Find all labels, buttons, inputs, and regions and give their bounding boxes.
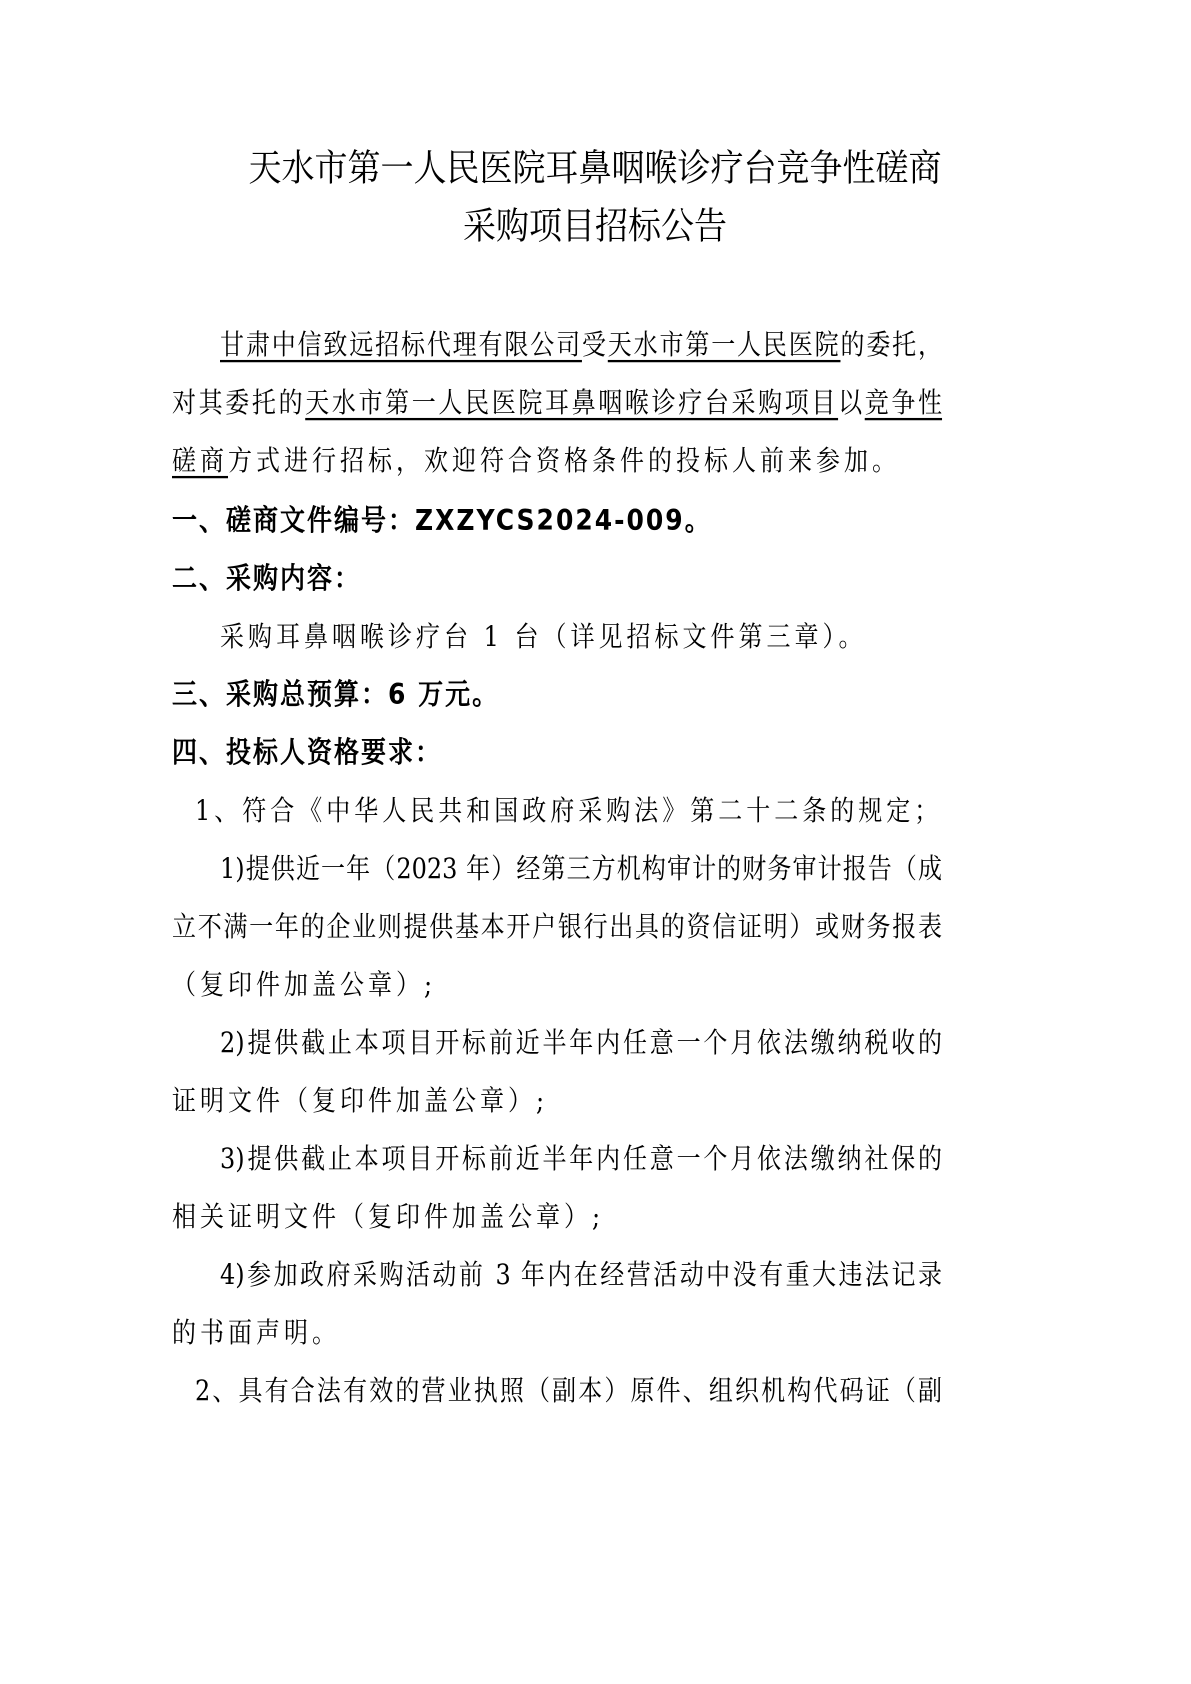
requirement-1-3-a: 3)提供截止本项目开标前近半年内任意一个月依法缴纳社保的 (220, 1136, 942, 1176)
requirement-1-2-b: 证明文件（复印件加盖公章）; (172, 1078, 942, 1118)
section-heading-1: 一、磋商文件编号：ZXZYCS2024-009。 (172, 498, 942, 539)
intro-line-2: 对其委托的天水市第一人民医院耳鼻咽喉诊疗台采购项目以竞争性 (172, 380, 942, 420)
intro-line-3: 磋商方式进行招标，欢迎符合资格条件的投标人前来参加。 (172, 438, 942, 478)
agency-name: 甘肃中信致远招标代理有限公司 (220, 329, 582, 361)
procurement-method-cont: 磋商 (172, 445, 228, 477)
section-heading-2: 二、采购内容： (172, 556, 942, 597)
requirement-1-2-a: 2)提供截止本项目开标前近半年内任意一个月依法缴纳税收的 (220, 1020, 942, 1060)
intro-line-1: 甘肃中信致远招标代理有限公司受天水市第一人民医院的委托， (220, 322, 942, 362)
intro-text: 对其委托的 (172, 387, 305, 419)
intro-text: 受 (582, 329, 608, 361)
requirement-1: 1、符合《中华人民共和国政府采购法》第二十二条的规定； (195, 788, 965, 828)
section-body-2: 采购耳鼻咽喉诊疗台 1 台（详见招标文件第三章）。 (220, 614, 990, 654)
requirement-1-4-a: 4)参加政府采购活动前 3 年内在经营活动中没有重大违法记录 (220, 1252, 942, 1292)
intro-text: 以 (838, 387, 865, 419)
document-title-line-1: 天水市第一人民医院耳鼻咽喉诊疗台竞争性磋商 (150, 139, 1040, 192)
intro-text: 方式进行招标，欢迎符合资格条件的投标人前来参加。 (228, 445, 900, 477)
project-name: 天水市第一人民医院耳鼻咽喉诊疗台采购项目 (305, 387, 838, 419)
document-title-line-2: 采购项目招标公告 (150, 197, 1040, 250)
requirement-2: 2、具有合法有效的营业执照（副本）原件、组织机构代码证（副 (195, 1368, 942, 1408)
requirement-1-1-c: （复印件加盖公章）; (172, 962, 942, 1002)
section-heading-4: 四、投标人资格要求： (172, 730, 942, 771)
requirement-1-3-b: 相关证明文件（复印件加盖公章）; (172, 1194, 942, 1234)
client-name: 天水市第一人民医院 (608, 329, 841, 361)
requirement-1-1-a: 1)提供近一年（2023 年）经第三方机构审计的财务审计报告（成 (220, 846, 942, 886)
procurement-method: 竞争性 (865, 387, 942, 419)
intro-text: 的委托， (840, 329, 942, 361)
document-page: 天水市第一人民医院耳鼻咽喉诊疗台竞争性磋商 采购项目招标公告 甘肃中信致远招标代… (0, 0, 1191, 1684)
section-heading-3: 三、采购总预算：6 万元。 (172, 672, 942, 713)
requirement-1-1-b: 立不满一年的企业则提供基本开户银行出具的资信证明）或财务报表 (172, 904, 942, 944)
requirement-1-4-b: 的书面声明。 (172, 1310, 942, 1350)
